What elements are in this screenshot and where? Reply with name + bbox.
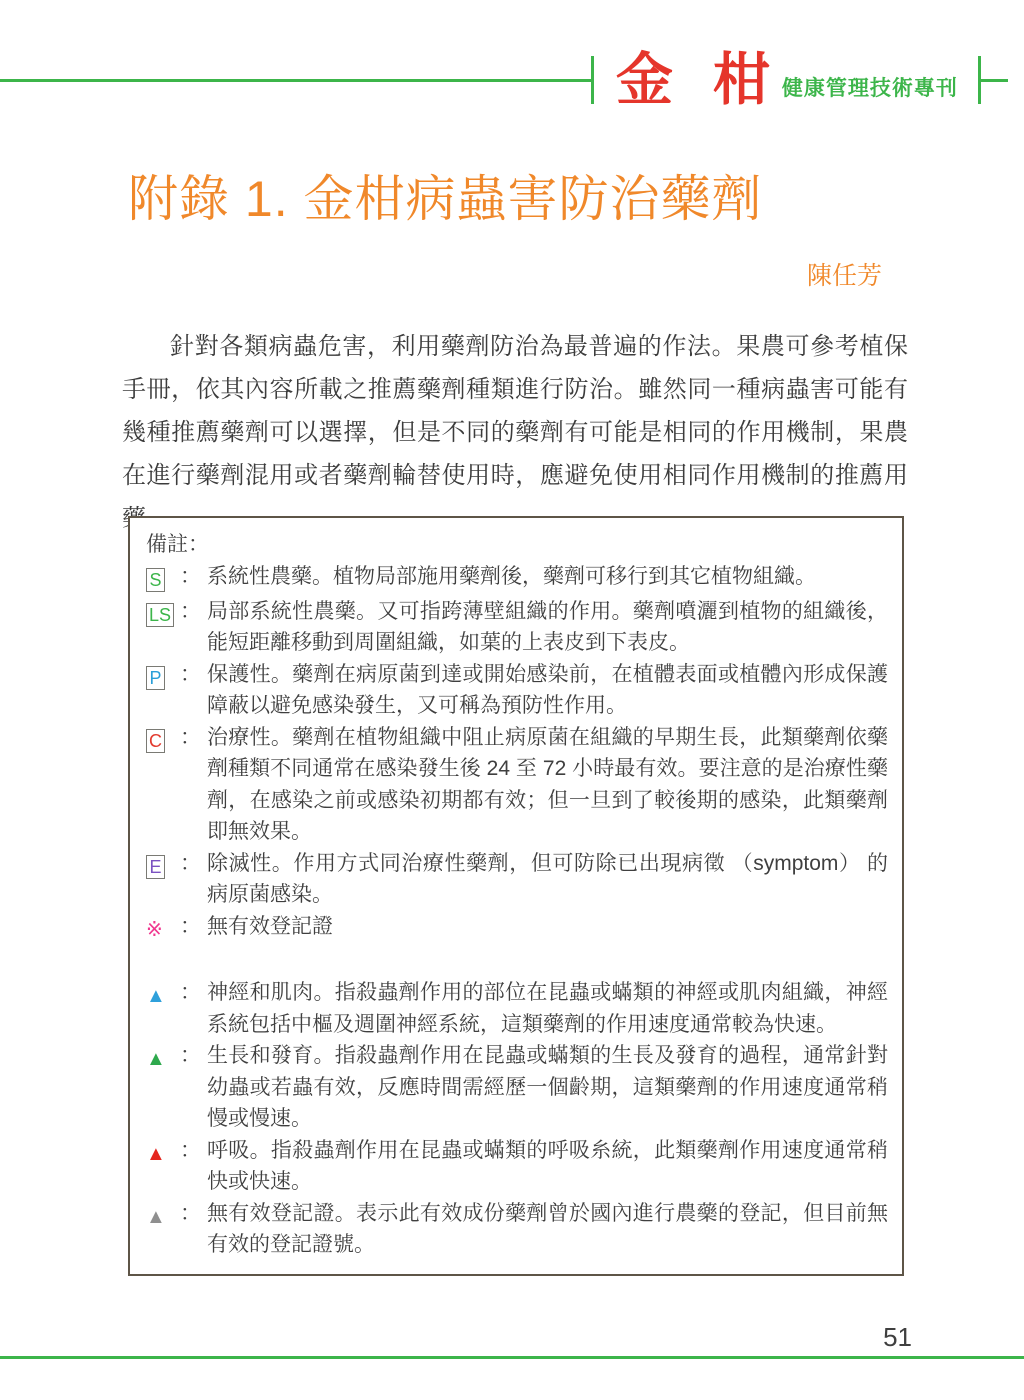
triangle-blue-icon: ▲	[146, 977, 180, 1040]
header-rule-right	[981, 79, 1008, 82]
note-text: 局部系統性農藥。又可指跨薄壁組織的作用。藥劑噴灑到植物的組織後，能短距離移動到周…	[207, 596, 888, 659]
code-badge-p: P	[146, 659, 180, 722]
note-text: 系統性農藥。植物局部施用藥劑後，藥劑可移行到其它植物組織。	[207, 561, 888, 596]
intro-paragraph: 針對各類病蟲危害，利用藥劑防治為最普遍的作法。果農可參考植保手冊，依其內容所載之…	[122, 325, 908, 540]
notes-heading: 備註：	[146, 529, 888, 561]
header-rule-left	[0, 79, 591, 82]
colon-separator: ：	[180, 1040, 207, 1135]
journal-brand-subtitle: 健康管理技術專刊	[782, 72, 958, 102]
note-entry-growth: ▲ ： 生長和發育。指殺蟲劑作用在昆蟲或蟎類的生長及發育的過程，通常針對幼蟲或若…	[146, 1040, 888, 1135]
page-title: 附錄 1. 金柑病蟲害防治藥劑	[128, 168, 918, 230]
note-text: 治療性。藥劑在植物組織中阻止病原菌在組織的早期生長，此類藥劑依藥劑種類不同通常在…	[207, 722, 888, 848]
colon-separator: ：	[180, 848, 207, 911]
code-letter-c: C	[146, 729, 165, 753]
page-number: 51	[0, 1322, 912, 1353]
note-text: 呼吸。指殺蟲劑作用在昆蟲或蟎類的呼吸糸統，此類藥劑作用速度通常稍快或快速。	[207, 1135, 888, 1198]
colon-separator: ：	[180, 1135, 207, 1198]
note-entry-eradicative: E ： 除滅性。作用方式同治療性藥劑，但可防除已出現病徵 （symptom） 的…	[146, 848, 888, 911]
note-entry-systemic: S ： 系統性農藥。植物局部施用藥劑後，藥劑可移行到其它植物組織。	[146, 561, 888, 596]
note-entry-no-license: ※ ： 無有效登記證	[146, 911, 888, 947]
note-entry-nerve-muscle: ▲ ： 神經和肌肉。指殺蟲劑作用的部位在昆蟲或蟎類的神經或肌肉組織，神經系統包括…	[146, 977, 888, 1040]
code-badge-c: C	[146, 722, 180, 848]
note-entry-respiration: ▲ ： 呼吸。指殺蟲劑作用在昆蟲或蟎類的呼吸糸統，此類藥劑作用速度通常稍快或快速…	[146, 1135, 888, 1198]
colon-separator: ：	[180, 659, 207, 722]
code-letter-p: P	[146, 666, 165, 690]
note-text: 無有效登記證。表示此有效成份藥劑曾於國內進行農藥的登記，但目前無有效的登記證號。	[207, 1198, 888, 1261]
triangle-green-icon: ▲	[146, 1040, 180, 1135]
code-letter-ls: LS	[146, 603, 174, 627]
note-text: 神經和肌肉。指殺蟲劑作用的部位在昆蟲或蟎類的神經或肌肉組織，神經系統包括中樞及週…	[207, 977, 888, 1040]
code-badge-s: S	[146, 561, 180, 596]
footer-rule	[0, 1356, 1024, 1359]
journal-brand: 金 柑 健康管理技術專刊	[594, 55, 978, 105]
author-name: 陳任芳	[122, 256, 882, 292]
code-badge-e: E	[146, 848, 180, 911]
triangle-symbol: ▲	[146, 1143, 166, 1165]
note-text: 保護性。藥劑在病原菌到達或開始感染前，在植體表面或植體內形成保護障蔽以避免感染發…	[207, 659, 888, 722]
code-badge-ls: LS	[146, 596, 180, 659]
colon-separator: ：	[180, 561, 207, 596]
triangle-red-icon: ▲	[146, 1135, 180, 1198]
colon-separator: ：	[180, 911, 207, 947]
note-entry-local-systemic: LS ： 局部系統性農藥。又可指跨薄壁組織的作用。藥劑噴灑到植物的組織後，能短距…	[146, 596, 888, 659]
note-text: 生長和發育。指殺蟲劑作用在昆蟲或蟎類的生長及發育的過程，通常針對幼蟲或若蟲有效，…	[207, 1040, 888, 1135]
colon-separator: ：	[180, 1198, 207, 1261]
code-letter-s: S	[146, 568, 165, 592]
triangle-symbol: ▲	[146, 1206, 166, 1228]
triangle-gray-icon: ▲	[146, 1198, 180, 1261]
journal-brand-title: 金 柑	[616, 55, 780, 105]
asterisk-icon: ※	[146, 911, 180, 947]
colon-separator: ：	[180, 722, 207, 848]
note-text: 除滅性。作用方式同治療性藥劑，但可防除已出現病徵 （symptom） 的病原菌感…	[207, 848, 888, 911]
notes-box: 備註： S ： 系統性農藥。植物局部施用藥劑後，藥劑可移行到其它植物組織。 LS…	[128, 516, 904, 1276]
note-text: 無有效登記證	[207, 911, 888, 947]
note-entry-protective: P ： 保護性。藥劑在病原菌到達或開始感染前，在植體表面或植體內形成保護障蔽以避…	[146, 659, 888, 722]
header-band: 金 柑 健康管理技術專刊	[0, 54, 1024, 106]
code-letter-e: E	[146, 855, 165, 879]
note-entry-curative: C ： 治療性。藥劑在植物組織中阻止病原菌在組織的早期生長，此類藥劑依藥劑種類不…	[146, 722, 888, 848]
note-entry-no-license-triangle: ▲ ： 無有效登記證。表示此有效成份藥劑曾於國內進行農藥的登記，但目前無有效的登…	[146, 1198, 888, 1261]
asterisk-symbol: ※	[146, 919, 163, 941]
triangle-symbol: ▲	[146, 985, 166, 1007]
colon-separator: ：	[180, 977, 207, 1040]
triangle-symbol: ▲	[146, 1048, 166, 1070]
colon-separator: ：	[180, 596, 207, 659]
